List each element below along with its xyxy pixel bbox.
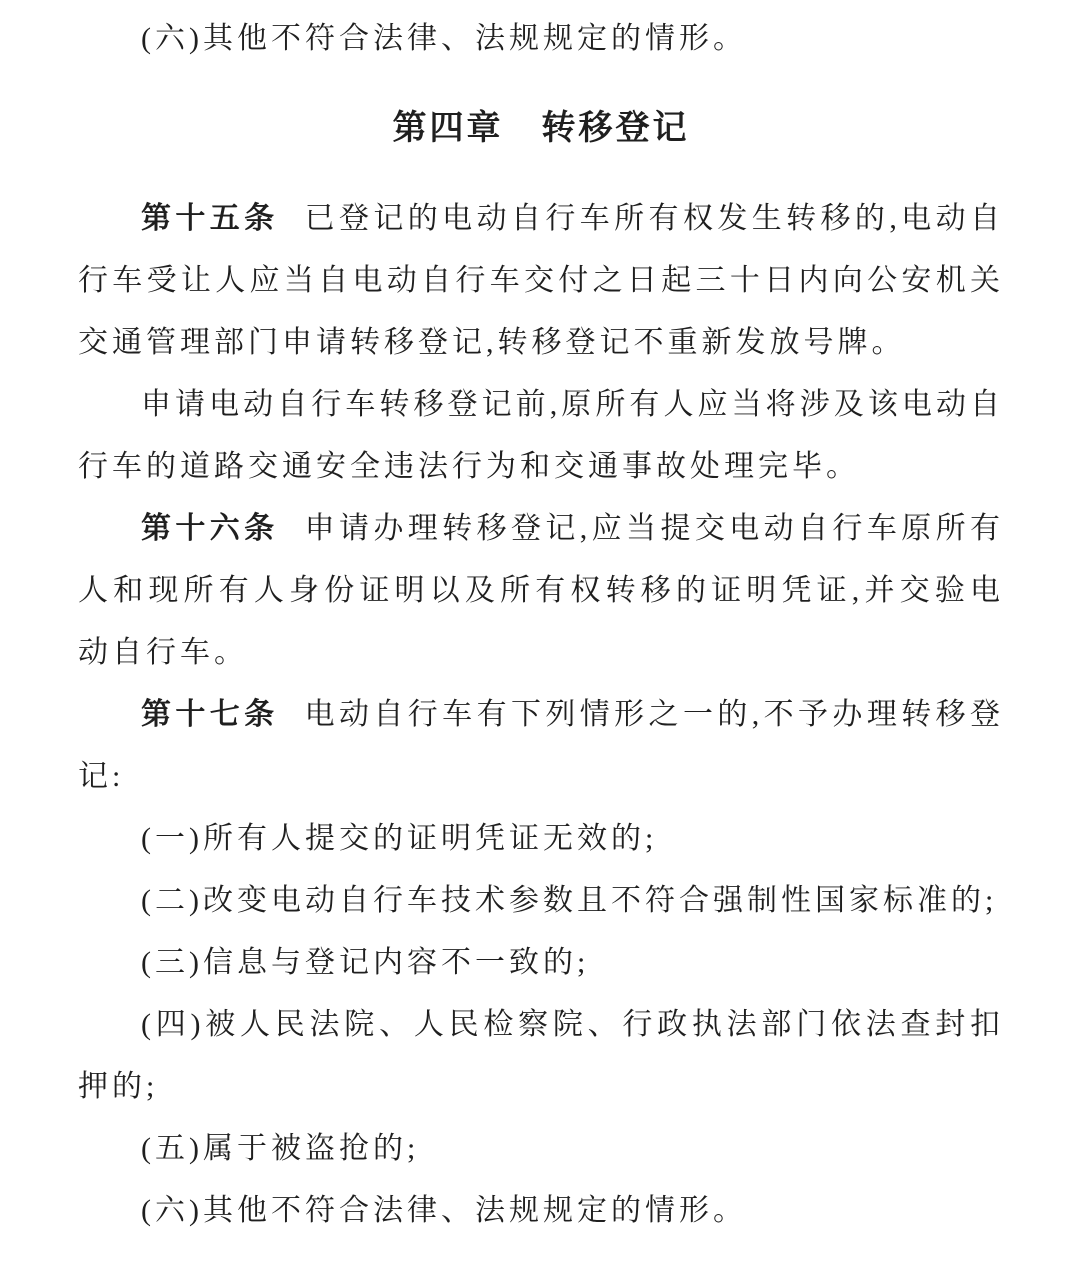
article-17-label: 第十七条 (141, 698, 279, 731)
chapter-heading: 第四章转移登记 (78, 98, 1004, 160)
clause-text: (六)其他不符合法律、法规规定的情形。 (141, 1194, 747, 1227)
chapter-title: 转移登记 (542, 110, 690, 147)
clause-item-6: (六)其他不符合法律、法规规定的情形。 (78, 1180, 1004, 1242)
document-page: (六)其他不符合法律、法规规定的情形。 第四章转移登记 第十五条已登记的电动自行… (0, 0, 1080, 1266)
article-17-paragraph: 第十七条电动自行车有下列情形之一的,不予办理转移登记: (78, 684, 1004, 808)
clause-text: (六)其他不符合法律、法规规定的情形。 (141, 22, 747, 55)
clause-text: (二)改变电动自行车技术参数且不符合强制性国家标准的; (141, 884, 997, 917)
clause-text: (五)属于被盗抢的; (141, 1132, 419, 1165)
clause-item-6-previous: (六)其他不符合法律、法规规定的情形。 (78, 8, 1004, 70)
clause-item-4: (四)被人民法院、人民检察院、行政执法部门依法查封扣押的; (78, 994, 1004, 1118)
article-15-label: 第十五条 (141, 202, 279, 235)
article-15-paragraph: 第十五条已登记的电动自行车所有权发生转移的,电动自行车受让人应当自电动自行车交付… (78, 188, 1004, 374)
article-16-label: 第十六条 (141, 512, 279, 545)
clause-text: (一)所有人提交的证明凭证无效的; (141, 822, 657, 855)
clause-item-2: (二)改变电动自行车技术参数且不符合强制性国家标准的; (78, 870, 1004, 932)
clause-item-3: (三)信息与登记内容不一致的; (78, 932, 1004, 994)
clause-item-1: (一)所有人提交的证明凭证无效的; (78, 808, 1004, 870)
clause-text: (三)信息与登记内容不一致的; (141, 946, 589, 979)
article-16-paragraph: 第十六条申请办理转移登记,应当提交电动自行车原所有人和现所有人身份证明以及所有权… (78, 498, 1004, 684)
article-15-paragraph-2-text: 申请电动自行车转移登记前,原所有人应当将涉及该电动自行车的道路交通安全违法行为和… (78, 388, 1004, 483)
article-15-paragraph-2: 申请电动自行车转移登记前,原所有人应当将涉及该电动自行车的道路交通安全违法行为和… (78, 374, 1004, 498)
clause-item-5: (五)属于被盗抢的; (78, 1118, 1004, 1180)
chapter-number: 第四章 (393, 110, 504, 147)
clause-text: (四)被人民法院、人民检察院、行政执法部门依法查封扣押的; (78, 1008, 1004, 1103)
